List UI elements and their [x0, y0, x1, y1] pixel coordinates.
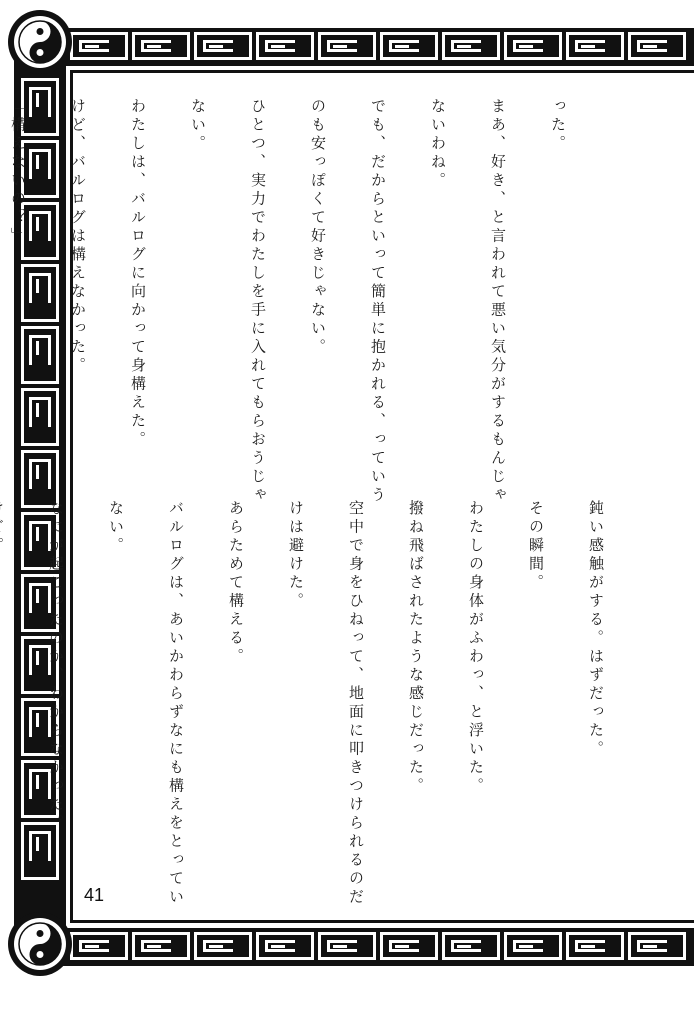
page-number: 41	[84, 885, 104, 906]
greek-key-pattern	[70, 932, 686, 962]
inner-rule-top	[72, 70, 694, 73]
lower-text-block: 鈍い感触がする。はずだった。 その瞬間。 わたしの身体がふわっ、と浮いた。 撥ね…	[0, 500, 646, 900]
text-column: けど。	[0, 500, 6, 900]
text-column: けど、バルログは構えなかった。	[68, 98, 88, 468]
text-column: のも安っぽくて好きじゃない。	[308, 98, 328, 468]
top-border	[60, 28, 694, 66]
text-column: 撥ね飛ばされたような感じだった。	[406, 500, 426, 900]
text-column: まあ、好き、と言われて悪い気分がするもんじゃ	[488, 98, 508, 468]
greek-key-pattern	[70, 32, 686, 62]
text-column: わたしの身体がふわっ、と浮いた。	[466, 500, 486, 900]
text-column: ない。	[188, 98, 208, 468]
text-column: 空中で身をひねって、地面に叩きつけられるのだ	[346, 500, 366, 900]
yin-yang-icon	[8, 912, 72, 976]
bottom-border	[60, 928, 694, 966]
novel-page: った。 まあ、好き、と言われて悪い気分がするもんじゃ ないわね。 でも、だからと…	[0, 0, 694, 1010]
text-column: あらためて構える。	[226, 500, 246, 900]
text-column: わたしは、バルログに向かって身構えた。	[128, 98, 148, 468]
text-column: ないわね。	[428, 98, 448, 468]
text-column: った。	[548, 98, 568, 468]
text-column: その瞬間。	[526, 500, 546, 900]
upper-text-block: った。 まあ、好き、と言われて悪い気分がするもんじゃ ないわね。 でも、だからと…	[0, 98, 608, 468]
text-column: バルログは、あいかわらずなにも構えをとってい	[166, 500, 186, 900]
yin-yang-icon	[8, 10, 72, 74]
text-column: 「構えないの？」	[8, 98, 28, 468]
text-column: なにが起こったのか、わからなかった。	[46, 500, 66, 900]
text-column: ない。	[106, 500, 126, 900]
text-column: ひとつ、実力でわたしを手に入れてもらおうじゃ	[248, 98, 268, 468]
text-column: けは避けた。	[286, 500, 306, 900]
text-column: でも、だからといって簡単に抱かれる、っていう	[368, 98, 388, 468]
inner-rule-bottom	[72, 920, 694, 923]
text-column: 鈍い感触がする。はずだった。	[586, 500, 606, 900]
